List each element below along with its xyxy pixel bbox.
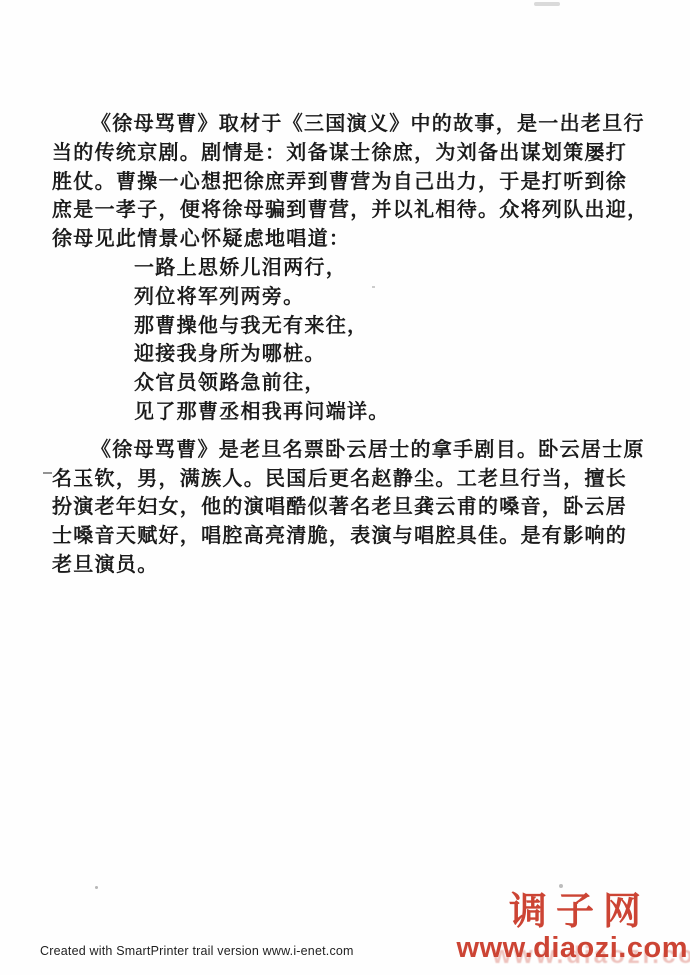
text-line: 那曹操他与我无有来往， bbox=[134, 312, 648, 341]
text-line: 士嗓音天赋好，唱腔高亮清脆，表演与唱腔具佳。是有影响的 bbox=[52, 522, 648, 551]
scanned-book-page: 《徐母骂曹》取材于《三国演义》中的故事，是一出老旦行当的传统京剧。剧情是：刘备谋… bbox=[0, 0, 690, 975]
printer-credit: Created with SmartPrinter trail version … bbox=[40, 944, 354, 958]
text-line: 当的传统京剧。剧情是：刘备谋士徐庶，为刘备出谋划策屡打 bbox=[52, 139, 648, 168]
watermark-url: www.diaozi.com bbox=[456, 933, 688, 964]
text-line: 《徐母骂曹》是老旦名票卧云居士的拿手剧目。卧云居士原 bbox=[52, 436, 648, 465]
text-line: 扮演老年妇女，他的演唱酷似著名老旦龚云甫的嗓音，卧云居 bbox=[52, 493, 648, 522]
text-line: 《徐母骂曹》取材于《三国演义》中的故事，是一出老旦行 bbox=[52, 110, 648, 139]
watermark: 调子网 www.diaozi.com www.diaozi.com bbox=[456, 891, 688, 964]
scan-artifact bbox=[372, 286, 375, 288]
text-line: 迎接我身所为哪桩。 bbox=[134, 340, 648, 369]
paragraph-synopsis: 《徐母骂曹》取材于《三国演义》中的故事，是一出老旦行当的传统京剧。剧情是：刘备谋… bbox=[52, 110, 648, 254]
scan-artifact bbox=[43, 472, 52, 474]
text-line: 一路上思娇儿泪两行， bbox=[134, 254, 648, 283]
text-line: 见了那曹丞相我再问端详。 bbox=[134, 398, 648, 427]
article-body: 《徐母骂曹》取材于《三国演义》中的故事，是一出老旦行当的传统京剧。剧情是：刘备谋… bbox=[52, 110, 648, 580]
text-line: 名玉钦，男，满族人。民国后更名赵静尘。工老旦行当，擅长 bbox=[52, 465, 648, 494]
scan-artifact bbox=[534, 2, 560, 6]
scan-artifact bbox=[559, 884, 563, 888]
watermark-url-wrap: www.diaozi.com www.diaozi.com bbox=[456, 933, 688, 964]
paragraph-performer: 《徐母骂曹》是老旦名票卧云居士的拿手剧目。卧云居士原名玉钦，男，满族人。民国后更… bbox=[52, 436, 648, 580]
text-line: 庶是一孝子，便将徐母骗到曹营，并以礼相待。众将列队出迎， bbox=[52, 196, 648, 225]
verse-block: 一路上思娇儿泪两行，列位将军列两旁。那曹操他与我无有来往，迎接我身所为哪桩。众官… bbox=[134, 254, 648, 427]
text-line: 众官员领路急前往， bbox=[134, 369, 648, 398]
text-line: 列位将军列两旁。 bbox=[134, 283, 648, 312]
text-line: 胜仗。曹操一心想把徐庶弄到曹营为自己出力，于是打听到徐 bbox=[52, 168, 648, 197]
scan-artifact bbox=[95, 886, 98, 889]
text-line: 徐母见此情景心怀疑虑地唱道： bbox=[52, 225, 648, 254]
watermark-site-name: 调子网 bbox=[456, 891, 688, 933]
text-line: 老旦演员。 bbox=[52, 551, 648, 580]
